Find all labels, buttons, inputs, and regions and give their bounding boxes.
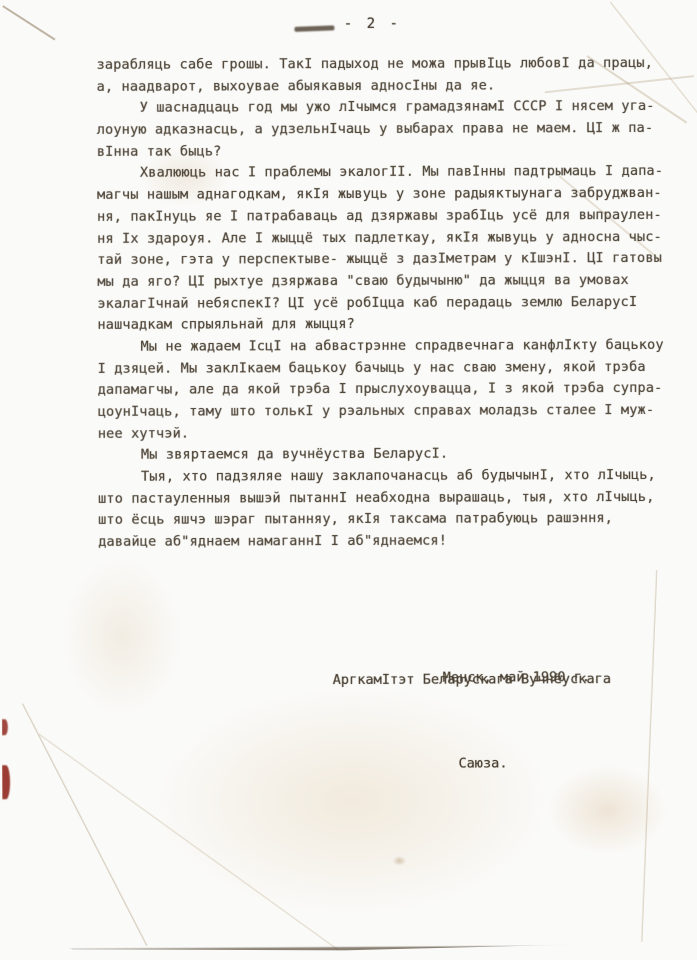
document-line: Тыя, хто падзяляе нашу заклапочанасць аб… bbox=[98, 465, 683, 489]
document-line: ня, пакІнуць яе І патрабаваць ад дзяржав… bbox=[97, 205, 682, 229]
document-line: цоунІчаць, таму што толькІ у рэальных сп… bbox=[98, 400, 683, 424]
document-line: зарабляць сабе грошы. ТакІ падыход не мо… bbox=[97, 53, 682, 77]
document-line: дапамагчы, але да якой трэба І прыслухоу… bbox=[98, 378, 683, 402]
crease-mark bbox=[2, 5, 55, 40]
document-line: лоуную адказнасць, а удзельнІчаць у выба… bbox=[97, 118, 682, 142]
red-edge-mark bbox=[2, 765, 10, 799]
document-line: што ёсць яшчэ шэраг пытанняу, якІя такса… bbox=[98, 508, 683, 532]
document-line: а, наадварот, выхоувае абыякавыя адносІн… bbox=[97, 75, 682, 99]
crease-mark bbox=[22, 703, 148, 946]
document-line: магчы нашым аднагодкам, якІя жывуць у зо… bbox=[97, 183, 682, 207]
document-line: экалагІчнай небяспекІ? ЦІ усё робІцца ка… bbox=[97, 291, 682, 315]
document-line: І дзяцей. Мы заклІкаем бацькоу бачыць у … bbox=[98, 356, 683, 380]
stain-mark bbox=[61, 557, 182, 717]
document-line: ня Іх здароуя. Але І жыццё тых падлеткау… bbox=[97, 226, 682, 250]
document-line: Хвалююць нас І праблемы экалогІІ. Мы пав… bbox=[97, 161, 682, 185]
red-edge-mark bbox=[2, 719, 8, 735]
dateline: Менск, май 1990 г. bbox=[443, 669, 590, 686]
stain-mark bbox=[392, 856, 406, 866]
document-line: тай зоне, гэта у перспектыве- жыццё з да… bbox=[97, 248, 682, 272]
document-line: што пастауленныя вышэй пытаннІ неабходна… bbox=[98, 487, 683, 511]
paper-sheet: - 2 - зарабляць сабе грошы. ТакІ падыход… bbox=[0, 0, 697, 959]
paper-bottom-edge bbox=[25, 945, 697, 953]
document-line: У шаснадцаць год мы ужо лІчымся грамадзя… bbox=[97, 96, 682, 120]
scanned-document: - 2 - зарабляць сабе грошы. ТакІ падыход… bbox=[0, 0, 697, 960]
document-line: вІнна так быць? bbox=[97, 140, 682, 164]
document-line: Мы звяртаемся да вучнёуства БеларусІ. bbox=[98, 443, 683, 467]
document-line: нашчадкам спрыяльнай для жыцця? bbox=[97, 313, 682, 337]
document-body-text: зарабляць сабе грошы. ТакІ падыход не мо… bbox=[97, 53, 684, 554]
document-line: давайце аб"яднаем намаганнІ І аб"яднаемс… bbox=[98, 530, 683, 554]
crease-mark bbox=[39, 733, 347, 956]
page-number: - 2 - bbox=[317, 16, 427, 32]
signature-org-line-2: Саюза. bbox=[333, 749, 633, 778]
document-line: мы да яго? ЦІ рыхтуе дзяржава "сваю буды… bbox=[97, 270, 682, 294]
crease-mark bbox=[640, 570, 657, 942]
document-line: нее хутчэй. bbox=[98, 422, 683, 446]
signature-block: АргкамІтэт Беларускага Вучнёускага Саюза… bbox=[332, 609, 633, 834]
document-line: Мы не жадаем ІсцІ на абвастрэнне спрадве… bbox=[98, 335, 683, 359]
